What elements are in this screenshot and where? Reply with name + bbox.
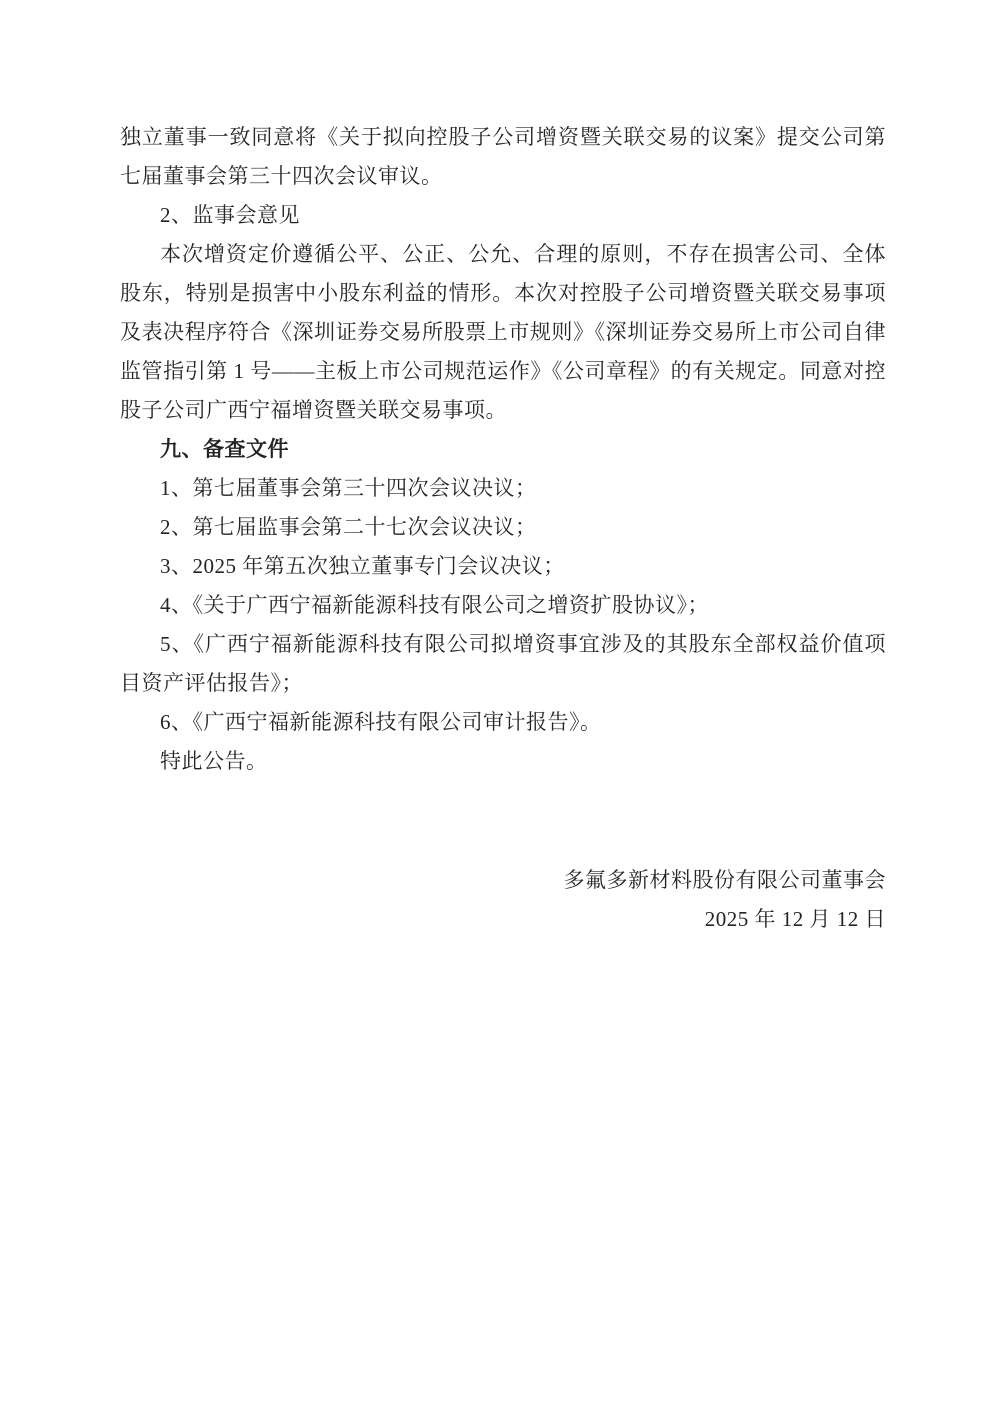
section-heading-reference-documents: 九、备查文件	[120, 430, 886, 469]
list-item-3: 3、2025 年第五次独立董事专门会议决议；	[120, 547, 886, 586]
paragraph-continuation: 独立董事一致同意将《关于拟向控股子公司增资暨关联交易的议案》提交公司第七届董事会…	[120, 118, 886, 196]
list-item-6: 6、《广西宁福新能源科技有限公司审计报告》。	[120, 703, 886, 742]
list-item-2: 2、第七届监事会第二十七次会议决议；	[120, 508, 886, 547]
subheading-supervisory-board-opinion: 2、监事会意见	[120, 196, 886, 235]
document-body: 独立董事一致同意将《关于拟向控股子公司增资暨关联交易的议案》提交公司第七届董事会…	[120, 118, 886, 939]
signature-date: 2025 年 12 月 12 日	[120, 900, 886, 939]
list-item-4: 4、《关于广西宁福新能源科技有限公司之增资扩股协议》；	[120, 586, 886, 625]
paragraph-supervisory-opinion-body: 本次增资定价遵循公平、公正、公允、合理的原则，不存在损害公司、全体股东，特别是损…	[120, 235, 886, 430]
signature-company: 多氟多新材料股份有限公司董事会	[120, 861, 886, 900]
list-item-1: 1、第七届董事会第三十四次会议决议；	[120, 469, 886, 508]
signature-block: 多氟多新材料股份有限公司董事会 2025 年 12 月 12 日	[120, 861, 886, 939]
list-item-5: 5、《广西宁福新能源科技有限公司拟增资事宜涉及的其股东全部权益价值项目资产评估报…	[120, 625, 886, 703]
document-page: 独立董事一致同意将《关于拟向控股子公司增资暨关联交易的议案》提交公司第七届董事会…	[0, 0, 1000, 1414]
closing-statement: 特此公告。	[120, 742, 886, 781]
